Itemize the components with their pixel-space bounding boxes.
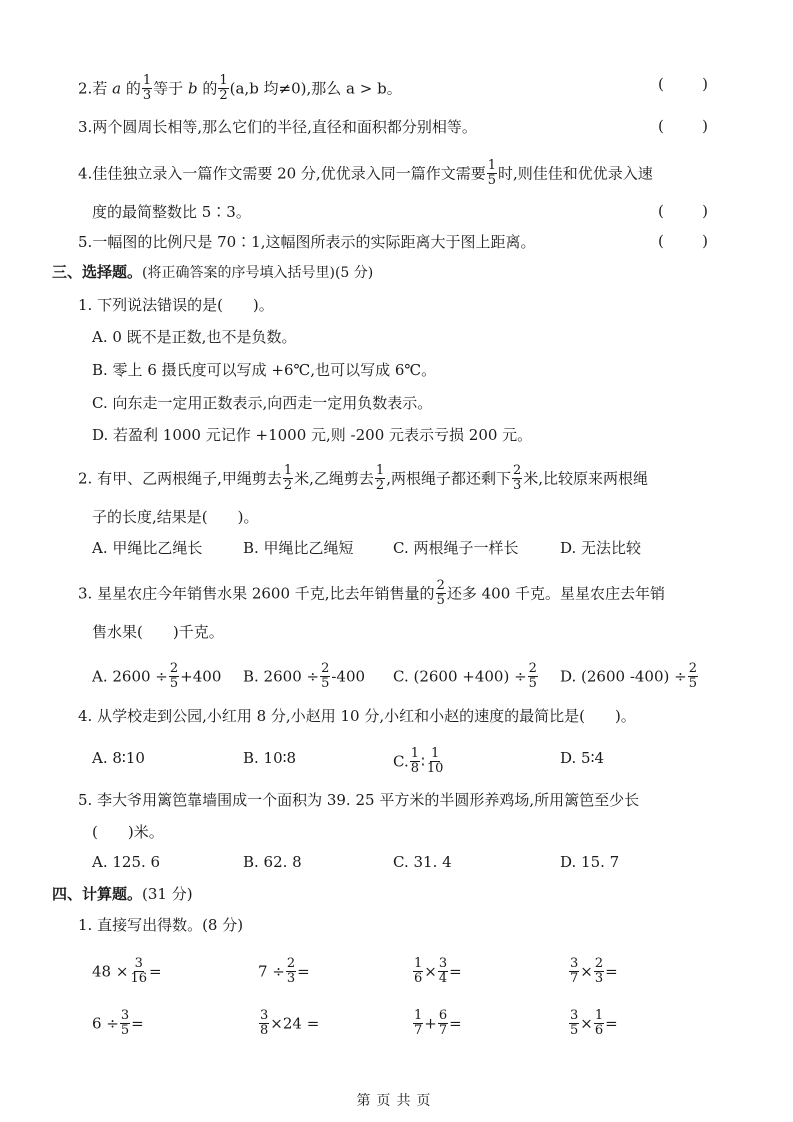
denominator: 3 (512, 479, 522, 493)
text: = (605, 963, 618, 981)
fraction: 35 (120, 1009, 130, 1038)
fraction: 16 (594, 1009, 604, 1038)
text: = (149, 963, 162, 981)
section-4-heading: 四、计算题。(31 分) (52, 884, 193, 904)
q2-option-a[interactable]: A. 甲绳比乙绳长 (92, 538, 202, 558)
q3-option-c[interactable]: C. (2600 +400) ÷25 (393, 663, 539, 692)
denominator: 8 (410, 762, 420, 776)
numerator: 1 (413, 957, 423, 972)
section-title: 三、选择题。 (52, 263, 142, 281)
q4-stem: 4. 从学校走到公园,小红用 8 分,小赵用 10 分,小红和小赵的速度的最简比… (78, 706, 636, 726)
text: C. (2600 +400) ÷ (393, 668, 527, 686)
paren-close: ) (702, 75, 708, 93)
q2-option-d[interactable]: D. 无法比较 (560, 538, 641, 558)
denominator: 10 (426, 762, 445, 776)
numerator: 2 (528, 662, 538, 677)
text: 1. 下列说法错误的是( )。 (78, 296, 274, 314)
q5-option-d[interactable]: D. 15. 7 (560, 852, 619, 872)
calc-q1-title: 1. 直接写出得数。(8 分) (78, 915, 243, 935)
text: 5. 李大爷用篱笆靠墙围成一个面积为 39. 25 平方米的半圆形养鸡场,所用篱… (78, 791, 639, 809)
denominator: 2 (375, 479, 385, 493)
paren-close: ) (702, 202, 708, 220)
paren-open: ( (658, 75, 664, 93)
item-number: 2. (78, 80, 92, 98)
q4-option-b[interactable]: B. 10∶8 (243, 748, 296, 768)
calc-item[interactable]: 17+67= (412, 1010, 462, 1039)
page-footer: 第页共页 (0, 1090, 793, 1110)
denominator: 7 (413, 1024, 423, 1038)
numerator: 2 (169, 662, 179, 677)
calc-item[interactable]: 48 ×316= (92, 958, 162, 987)
numerator: 1 (410, 747, 420, 762)
calc-item[interactable]: 6 ÷35= (92, 1010, 144, 1039)
q5-option-a[interactable]: A. 125. 6 (92, 852, 160, 872)
numerator: 2 (320, 662, 330, 677)
denominator: 5 (487, 174, 497, 188)
fraction: 23 (512, 464, 522, 493)
numerator: 3 (569, 1009, 579, 1024)
fraction: 12 (218, 74, 228, 103)
section-3-heading: 三、选择题。(将正确答案的序号填入括号里)(5 分) (52, 262, 373, 283)
text: 4. 从学校走到公园,小红用 8 分,小赵用 10 分,小红和小赵的速度的最简比… (78, 707, 636, 725)
fraction: 38 (259, 1009, 269, 1038)
text: B. 10∶8 (243, 749, 296, 767)
text: -400 (331, 668, 365, 686)
paren-close: ) (702, 117, 708, 135)
item-number: 4. (78, 165, 92, 183)
q3-stem: 3. 星星农庄今年销售水果 2600 千克,比去年销售量的25还多 400 千克… (78, 580, 665, 609)
text: 1. 直接写出得数。(8 分) (78, 916, 243, 934)
q5-stem: 5. 李大爷用篱笆靠墙围成一个面积为 39. 25 平方米的半圆形养鸡场,所用篱… (78, 790, 639, 810)
text: 48 × (92, 963, 128, 981)
text: 子的长度,结果是( )。 (92, 508, 258, 526)
judge-item-4-line2: 度的最简整数比 5∶3。 (92, 202, 251, 222)
denominator: 5 (169, 677, 179, 691)
judge-item-2: 2.若 a 的13等于 b 的12(a,b 均≠0),那么 a > b。 (78, 75, 402, 104)
text: A. 125. 6 (92, 853, 160, 871)
q5-option-b[interactable]: B. 62. 8 (243, 852, 302, 872)
item-number: 5. (78, 233, 92, 251)
numerator: 1 (218, 74, 228, 89)
numerator: 1 (283, 464, 293, 479)
denominator: 8 (259, 1024, 269, 1038)
answer-blank[interactable]: () (658, 232, 708, 250)
fraction: 12 (283, 464, 293, 493)
denominator: 5 (120, 1024, 130, 1038)
q4-option-d[interactable]: D. 5∶4 (560, 748, 604, 768)
paren-open: ( (658, 232, 664, 250)
denominator: 3 (594, 972, 604, 986)
fraction: 18 (410, 747, 420, 776)
q2-option-b[interactable]: B. 甲绳比乙绳短 (243, 538, 354, 558)
variable-a: a (112, 80, 121, 98)
fraction: 25 (688, 662, 698, 691)
calc-item[interactable]: 38×24 = (258, 1010, 319, 1039)
q1-stem: 1. 下列说法错误的是( )。 (78, 295, 274, 315)
fraction: 316 (129, 957, 148, 986)
text: = (449, 963, 462, 981)
text: 一幅图的比例尺是 70∶1,这幅图所表示的实际距离大于图上距离。 (92, 233, 535, 251)
numerator: 3 (438, 957, 448, 972)
denominator: 5 (688, 677, 698, 691)
fraction: 23 (286, 957, 296, 986)
denominator: 6 (594, 1024, 604, 1038)
paren-open: ( (658, 117, 664, 135)
text: A. 0 既不是正数,也不是负数。 (92, 328, 296, 346)
fraction: 110 (426, 747, 445, 776)
denominator: 5 (569, 1024, 579, 1038)
q5-stem-line2: ( )米。 (92, 822, 164, 842)
denominator: 3 (142, 89, 152, 103)
text: 两个圆周长相等,那么它们的半径,直径和面积都分别相等。 (92, 118, 477, 136)
numerator: 2 (512, 464, 522, 479)
q3-option-b[interactable]: B. 2600 ÷25-400 (243, 663, 365, 692)
paren-close: ) (702, 232, 708, 250)
text: 售水果( )千克。 (92, 623, 224, 641)
denominator: 4 (438, 972, 448, 986)
numerator: 1 (375, 464, 385, 479)
denominator: 2 (218, 89, 228, 103)
item-number: 3. (78, 118, 92, 136)
judge-item-5: 5.一幅图的比例尺是 70∶1,这幅图所表示的实际距离大于图上距离。 (78, 232, 535, 252)
text: A. 8∶10 (92, 749, 145, 767)
q2-option-c[interactable]: C. 两根绳子一样长 (393, 538, 518, 558)
text: D. (2600 -400) ÷ (560, 668, 687, 686)
fraction: 35 (569, 1009, 579, 1038)
text: = (605, 1015, 618, 1033)
text: D. 若盈利 1000 元记作 +1000 元,则 -200 元表示亏损 200… (92, 426, 532, 444)
text: = (449, 1015, 462, 1033)
text: B. 62. 8 (243, 853, 302, 871)
q1-option-b[interactable]: B. 零上 6 摄氏度可以写成 +6℃,也可以写成 6℃。 (92, 360, 436, 380)
section-note: (31 分) (142, 885, 193, 903)
judge-item-4: 4.佳佳独立录入一篇作文需要 20 分,优优录入同一篇作文需要15时,则佳佳和优… (78, 160, 653, 189)
text: B. 零上 6 摄氏度可以写成 +6℃,也可以写成 6℃。 (92, 361, 436, 379)
numerator: 6 (438, 1009, 448, 1024)
denominator: 3 (286, 972, 296, 986)
section-note: (将正确答案的序号填入括号里)(5 分) (142, 265, 373, 281)
fraction: 12 (375, 464, 385, 493)
numerator: 1 (594, 1009, 604, 1024)
text: A. 甲绳比乙绳长 (92, 539, 202, 557)
text: (a,b 均≠0),那么 a > b。 (230, 80, 402, 98)
text: 时,则佳佳和优优录入速 (498, 165, 653, 183)
fraction: 34 (438, 957, 448, 986)
text: 3. 星星农庄今年销售水果 2600 千克,比去年销售量的 (78, 585, 435, 603)
q2-stem-line2: 子的长度,结果是( )。 (92, 507, 258, 527)
q3-option-d[interactable]: D. (2600 -400) ÷25 (560, 663, 699, 692)
fraction: 13 (142, 74, 152, 103)
numerator: 2 (286, 957, 296, 972)
text: = (297, 963, 310, 981)
paren-open: ( (658, 202, 664, 220)
judge-item-3: 3.两个圆周长相等,那么它们的半径,直径和面积都分别相等。 (78, 117, 477, 137)
text: C. 向东走一定用正数表示,向西走一定用负数表示。 (92, 394, 432, 412)
operator: × (424, 963, 437, 981)
text: 2. 有甲、乙两根绳子,甲绳剪去 (78, 470, 282, 488)
fraction: 16 (413, 957, 423, 986)
numerator: 2 (594, 957, 604, 972)
variable-b: b (188, 80, 198, 98)
denominator: 16 (129, 972, 148, 986)
fraction: 25 (436, 579, 446, 608)
text: 若 (92, 80, 107, 98)
answer-blank[interactable]: () (658, 75, 708, 93)
numerator: 1 (487, 159, 497, 174)
numerator: 2 (688, 662, 698, 677)
numerator: 2 (436, 579, 446, 594)
q4-option-a[interactable]: A. 8∶10 (92, 748, 145, 768)
text: D. 无法比较 (560, 539, 641, 557)
text: A. 2600 ÷ (92, 668, 168, 686)
fraction: 25 (528, 662, 538, 691)
q3-stem-line2: 售水果( )千克。 (92, 622, 224, 642)
text: 度的最简整数比 5∶3。 (92, 203, 251, 221)
fraction: 25 (169, 662, 179, 691)
q1-option-d[interactable]: D. 若盈利 1000 元记作 +1000 元,则 -200 元表示亏损 200… (92, 425, 532, 445)
text: 佳佳独立录入一篇作文需要 20 分,优优录入同一篇作文需要 (92, 165, 485, 183)
answer-blank[interactable]: () (658, 117, 708, 135)
q1-option-a[interactable]: A. 0 既不是正数,也不是负数。 (92, 327, 296, 347)
text: B. 甲绳比乙绳短 (243, 539, 354, 557)
numerator: 1 (142, 74, 152, 89)
text: C. 31. 4 (393, 853, 452, 871)
fraction: 37 (569, 957, 579, 986)
fraction: 23 (594, 957, 604, 986)
text: 米,比较原来两根绳 (523, 470, 648, 488)
text: D. 15. 7 (560, 853, 619, 871)
text: 等于 (153, 80, 183, 98)
fraction: 25 (320, 662, 330, 691)
text: ( )米。 (92, 823, 164, 841)
denominator: 5 (436, 594, 446, 608)
text: 7 ÷ (258, 963, 285, 981)
q1-option-c[interactable]: C. 向东走一定用正数表示,向西走一定用负数表示。 (92, 393, 432, 413)
fraction: 17 (413, 1009, 423, 1038)
calc-item[interactable]: 7 ÷23= (258, 958, 310, 987)
text: C. (393, 753, 409, 771)
q5-option-c[interactable]: C. 31. 4 (393, 852, 452, 872)
denominator: 2 (283, 479, 293, 493)
numerator: 1 (430, 747, 440, 762)
numerator: 3 (134, 957, 144, 972)
text: 还多 400 千克。星星农庄去年销 (447, 585, 665, 603)
answer-blank[interactable]: () (658, 202, 708, 220)
denominator: 5 (320, 677, 330, 691)
ratio-sep: ∶ (421, 753, 425, 771)
text: B. 2600 ÷ (243, 668, 319, 686)
q3-option-a[interactable]: A. 2600 ÷25+400 (92, 663, 221, 692)
fraction: 15 (487, 159, 497, 188)
text: 6 ÷ (92, 1015, 119, 1033)
text: 的 (202, 80, 217, 98)
q4-option-c[interactable]: C.18∶110 (393, 748, 445, 777)
denominator: 5 (528, 677, 538, 691)
text: 的 (126, 80, 141, 98)
operator: × (580, 963, 593, 981)
operator: + (424, 1015, 437, 1033)
calc-item[interactable]: 16×34= (412, 958, 462, 987)
text: C. 两根绳子一样长 (393, 539, 518, 557)
numerator: 1 (413, 1009, 423, 1024)
numerator: 3 (259, 1009, 269, 1024)
text: ×24 = (270, 1015, 319, 1033)
numerator: 3 (569, 957, 579, 972)
text: = (131, 1015, 144, 1033)
text: ,两根绳子都还剩下 (386, 470, 511, 488)
text: D. 5∶4 (560, 749, 604, 767)
denominator: 7 (438, 1024, 448, 1038)
calc-item[interactable]: 35×16= (568, 1010, 618, 1039)
operator: × (580, 1015, 593, 1033)
text: +400 (180, 668, 221, 686)
section-title: 四、计算题。 (52, 885, 142, 903)
numerator: 3 (120, 1009, 130, 1024)
fraction: 67 (438, 1009, 448, 1038)
denominator: 6 (413, 972, 423, 986)
calc-item[interactable]: 37×23= (568, 958, 618, 987)
denominator: 7 (569, 972, 579, 986)
text: 米,乙绳剪去 (294, 470, 374, 488)
q2-stem: 2. 有甲、乙两根绳子,甲绳剪去12米,乙绳剪去12,两根绳子都还剩下23米,比… (78, 465, 648, 494)
